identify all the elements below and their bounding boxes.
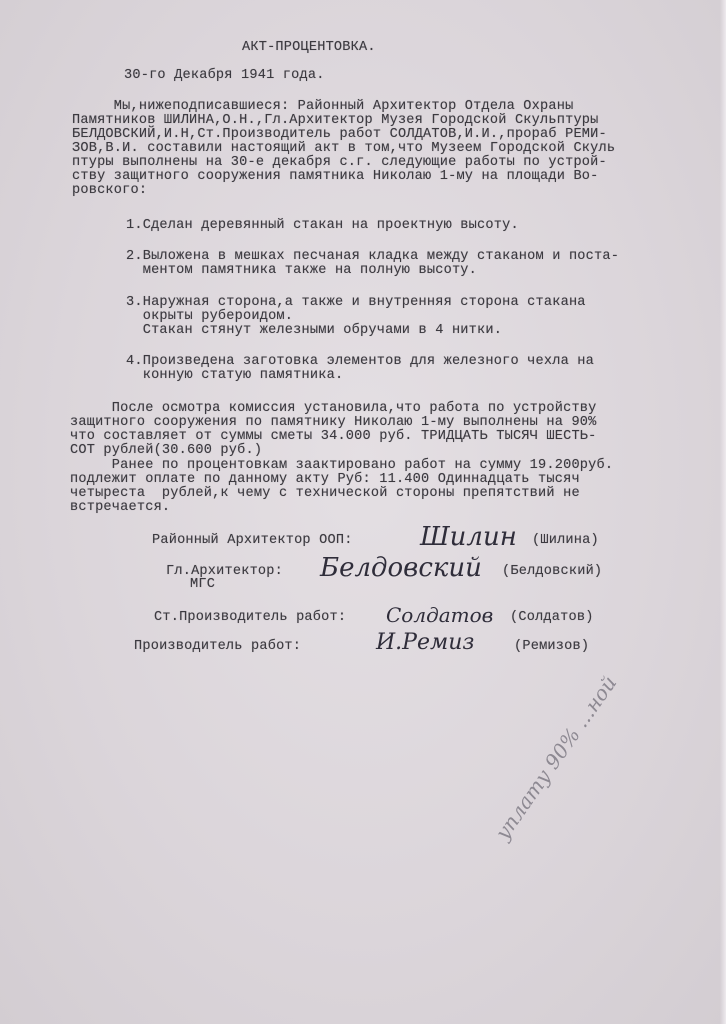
signatory-name: (Белдовский) xyxy=(502,566,602,579)
signature-label: Производитель работ: xyxy=(134,641,301,654)
text-line: птуры выполнены на 30-е декабря с.г. сле… xyxy=(72,157,607,170)
text-line: После осмотра комиссия установила,что ра… xyxy=(70,403,597,416)
work-item-4: 4.Произведена заготовка элементов для же… xyxy=(126,356,594,369)
signatory-name: (Ремизов) xyxy=(514,641,589,654)
handwritten-margin-note: уплату 90% ...ной xyxy=(490,671,621,844)
work-item-1: 1.Сделан деревянный стакан на проектную … xyxy=(126,220,519,233)
text-line: БЕЛДОВСКИЙ,И.Н,Ст.Производитель работ СО… xyxy=(72,129,607,142)
work-item-3-cont: Стакан стянут железными обручами в 4 нит… xyxy=(126,325,502,338)
signatory-name: (Солдатов) xyxy=(510,612,594,625)
handwritten-signature: Шилин xyxy=(420,522,517,552)
text-line: ству защитного сооружения памятника Нико… xyxy=(72,171,599,184)
text-line: Ранее по процентовкам заактировано работ… xyxy=(70,460,613,473)
text-line: Мы,нижеподписавшиеся: Районный Архитекто… xyxy=(72,101,573,114)
text-line: четыреста рублей,к чему с технической ст… xyxy=(70,488,580,501)
text-line: подлежит оплате по данному акту Руб: 11.… xyxy=(70,474,580,487)
document-title: АКТ-ПРОЦЕНТОВКА. xyxy=(242,42,376,55)
handwritten-signature: Солдатов xyxy=(386,603,493,627)
handwritten-signature: Белдовский xyxy=(320,553,482,583)
work-item-3: 3.Наружная сторона,а также и внутренняя … xyxy=(126,297,586,310)
work-item-4-cont: конную статую памятника. xyxy=(126,370,343,383)
text-line: ровского: xyxy=(72,185,147,198)
text-line: СОТ рублей(30.600 руб.) xyxy=(70,445,262,458)
work-item-2: 2.Выложена в мешках песчаная кладка межд… xyxy=(126,251,619,264)
signature-label-sub: МГС xyxy=(190,579,215,592)
handwritten-signature: И.Ремиз xyxy=(376,630,474,655)
work-item-2-cont: ментом памятника также на полную высоту. xyxy=(126,265,477,278)
signatory-name: (Шилина) xyxy=(532,535,599,548)
text-line: что составляет от суммы сметы 34.000 руб… xyxy=(70,431,597,444)
text-line: Памятников ШИЛИНА,О.Н.,Гл.Архитектор Муз… xyxy=(72,115,599,128)
document-date: 30-го Декабря 1941 года. xyxy=(124,70,325,83)
signature-label: Ст.Производитель работ: xyxy=(154,612,346,625)
text-line: встречается. xyxy=(70,502,170,515)
text-line: защитного сооружения по памятнику Никола… xyxy=(70,417,597,430)
signature-label: Гл.Архитектор: xyxy=(166,566,283,579)
text-line: ЗОВ,В.И. составили настоящий акт в том,ч… xyxy=(72,143,615,156)
signature-label: Районный Архитектор ООП: xyxy=(152,535,353,548)
document-page: АКТ-ПРОЦЕНТОВКА. 30-го Декабря 1941 года… xyxy=(0,0,726,1024)
work-item-3-cont: окрыты рубероидом. xyxy=(126,311,293,324)
